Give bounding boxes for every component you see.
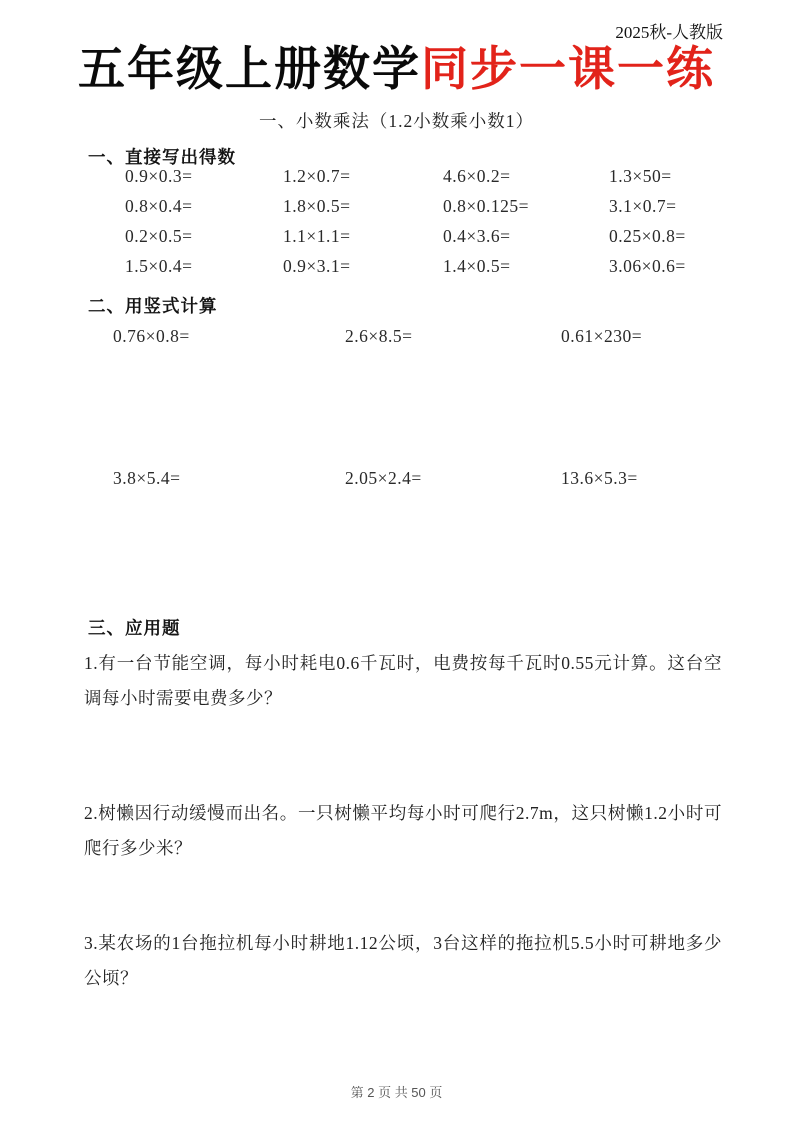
oral-problem: 1.8×0.5=	[283, 196, 443, 226]
oral-problem: 0.25×0.8=	[609, 226, 745, 256]
section-heading-word: 三、应用题	[88, 615, 181, 640]
oral-problems-grid: 0.9×0.3= 1.2×0.7= 4.6×0.2= 1.3×50= 0.8×0…	[125, 166, 745, 286]
vertical-problem: 2.6×8.5=	[345, 326, 561, 347]
vertical-problems-row-1: 0.76×0.8= 2.6×8.5= 0.61×230=	[113, 326, 753, 347]
oral-problem: 0.9×0.3=	[125, 166, 283, 196]
section-heading-vertical: 二、用竖式计算	[88, 293, 218, 318]
oral-problem: 1.1×1.1=	[283, 226, 443, 256]
word-problem-1: 1.有一台节能空调，每小时耗电0.6千瓦时，电费按每千瓦时0.55元计算。这台空…	[84, 646, 722, 716]
oral-problem: 1.4×0.5=	[443, 256, 609, 286]
vertical-problem: 13.6×5.3=	[561, 468, 753, 489]
page-title-black-part: 五年级上册数学	[78, 42, 421, 95]
oral-problem: 0.4×3.6=	[443, 226, 609, 256]
vertical-problem: 0.76×0.8=	[113, 326, 345, 347]
oral-problem: 4.6×0.2=	[443, 166, 609, 196]
oral-problem: 1.5×0.4=	[125, 256, 283, 286]
worksheet-page: 2025秋-人教版 五年级上册数学同步一课一练 一、小数乘法（1.2小数乘小数1…	[0, 0, 793, 1122]
page-title: 五年级上册数学同步一课一练	[0, 40, 793, 98]
oral-problem: 3.06×0.6=	[609, 256, 745, 286]
page-number-footer: 第 2 页 共 50 页	[0, 1082, 793, 1101]
oral-problem: 3.1×0.7=	[609, 196, 745, 226]
oral-problem: 1.2×0.7=	[283, 166, 443, 196]
vertical-problems-row-2: 3.8×5.4= 2.05×2.4= 13.6×5.3=	[113, 468, 753, 489]
oral-problem: 0.8×0.4=	[125, 196, 283, 226]
page-title-red-part: 同步一课一练	[421, 42, 715, 95]
oral-problem: 0.8×0.125=	[443, 196, 609, 226]
vertical-problem: 3.8×5.4=	[113, 468, 345, 489]
oral-problem: 1.3×50=	[609, 166, 745, 196]
oral-problem: 0.9×3.1=	[283, 256, 443, 286]
lesson-subtitle: 一、小数乘法（1.2小数乘小数1）	[0, 108, 793, 133]
vertical-problem: 2.05×2.4=	[345, 468, 561, 489]
word-problem-2: 2.树懒因行动缓慢而出名。一只树懒平均每小时可爬行2.7m，这只树懒1.2小时可…	[84, 796, 722, 866]
word-problem-3: 3.某农场的1台拖拉机每小时耕地1.12公顷，3台这样的拖拉机5.5小时可耕地多…	[84, 926, 722, 996]
oral-problem: 0.2×0.5=	[125, 226, 283, 256]
vertical-problem: 0.61×230=	[561, 326, 753, 347]
